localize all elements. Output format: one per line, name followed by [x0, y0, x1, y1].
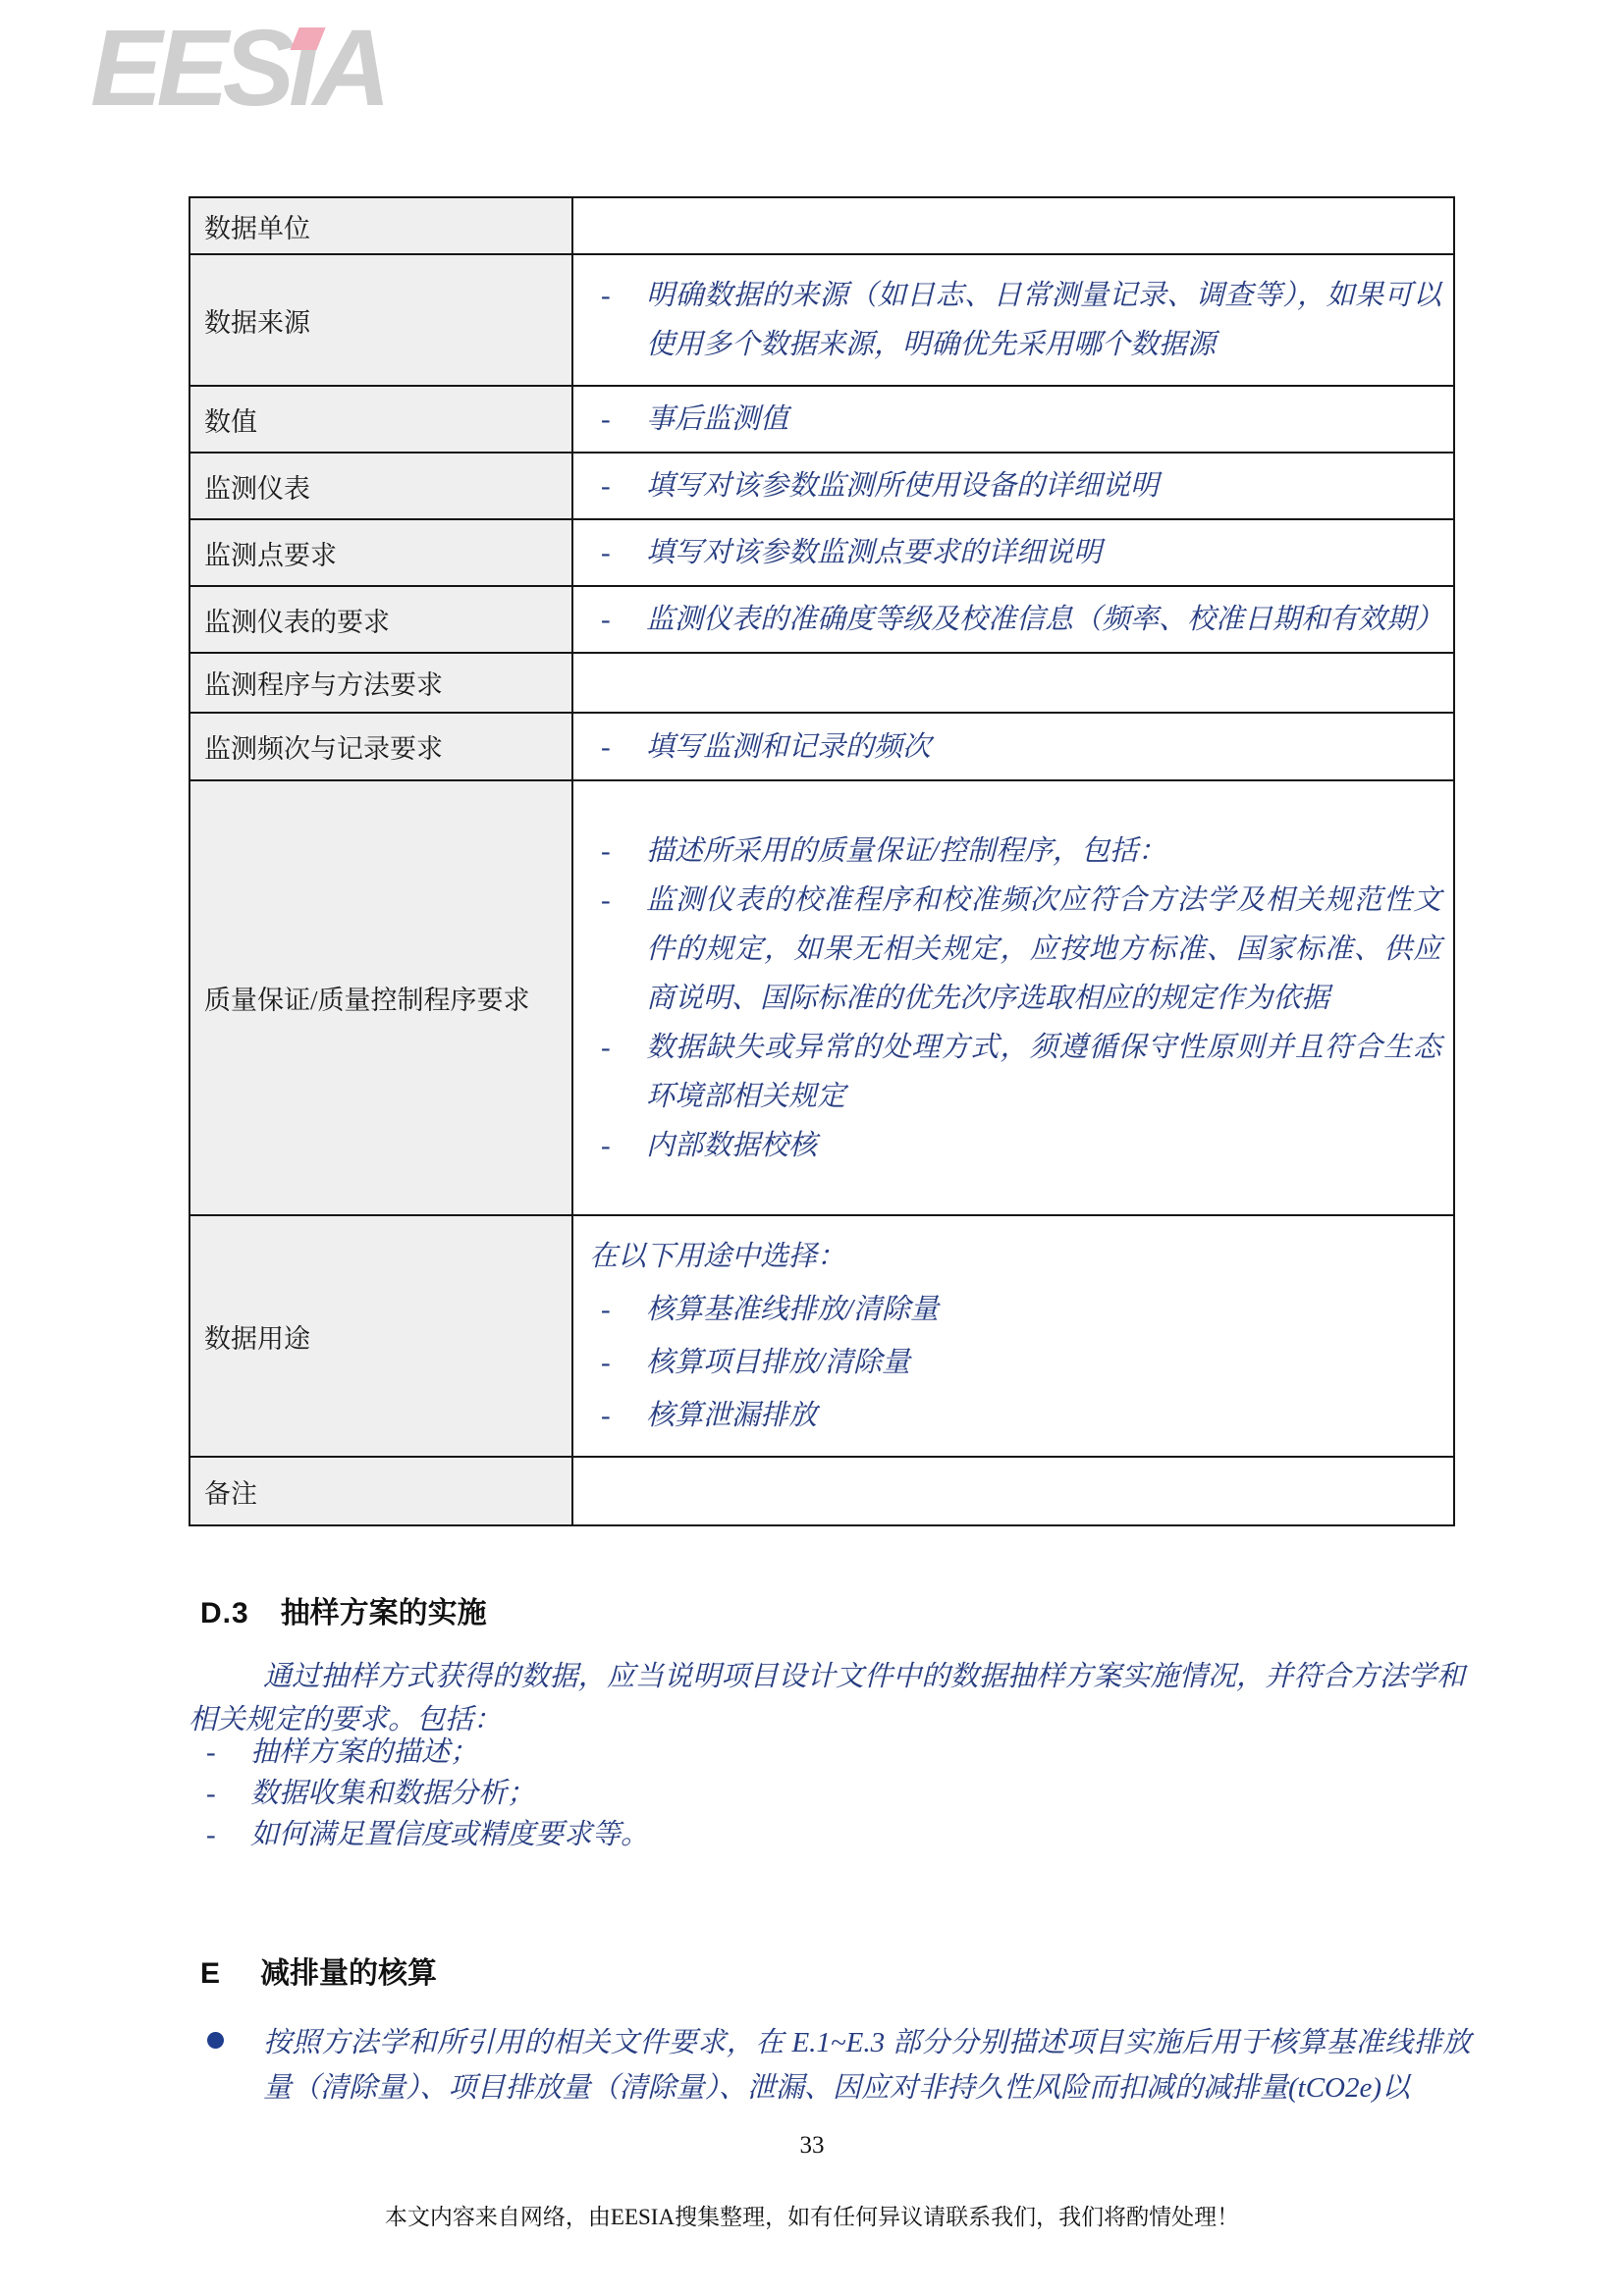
row-label: 监测程序与方法要求 — [189, 653, 572, 713]
row-label: 质量保证/质量控制程序要求 — [189, 780, 572, 1215]
dash-bullet: - — [601, 395, 646, 444]
section-e-paragraph: 按照方法学和所引用的相关文件要求，在 E.1~E.3 部分分别描述项目实施后用于… — [263, 2020, 1471, 2110]
list-item-text: 核算基准线排放/清除量 — [646, 1283, 1441, 1336]
table-row-monitoring-point: 监测点要求 - 填写对该参数监测点要求的详细说明 — [189, 519, 1454, 586]
row-label: 监测仪表的要求 — [189, 586, 572, 653]
dash-bullet: - — [601, 528, 646, 577]
row-value: - 明确数据的来源（如日志、日常测量记录、调查等），如果可以使用多个数据来源，明… — [572, 254, 1454, 386]
list-item: - 监测仪表的校准程序和校准频次应符合方法学及相关规范性文件的规定，如果无相关规… — [589, 876, 1441, 1023]
list-item-text: 抽样方案的描述； — [250, 1732, 1465, 1773]
list-item-text: 数据缺失或异常的处理方式，须遵循保守性原则并且符合生态环境部相关规定 — [646, 1023, 1441, 1121]
section-title: 减排量的核算 — [260, 1957, 437, 1990]
row-value: - 填写对该参数监测所使用设备的详细说明 — [572, 453, 1454, 519]
list-item-text: 填写监测和记录的频次 — [646, 722, 1441, 772]
list-item-text: 数据收集和数据分析； — [250, 1773, 1465, 1814]
list-item: - 监测仪表的准确度等级及校准信息（频率、校准日期和有效期） — [589, 595, 1441, 644]
dash-bullet: - — [206, 1732, 250, 1773]
list-item: - 明确数据的来源（如日志、日常测量记录、调查等），如果可以使用多个数据来源，明… — [589, 271, 1441, 369]
list-item-text: 监测仪表的准确度等级及校准信息（频率、校准日期和有效期） — [646, 595, 1441, 644]
dash-bullet: - — [601, 722, 646, 772]
row-label: 监测点要求 — [189, 519, 572, 586]
data-use-intro: 在以下用途中选择： — [589, 1230, 1441, 1283]
section-number: E — [200, 1957, 221, 1991]
list-item: - 核算基准线排放/清除量 — [589, 1283, 1441, 1336]
logo-letters-ees: EES — [90, 8, 289, 129]
table-row-frequency-record: 监测频次与记录要求 - 填写监测和记录的频次 — [189, 713, 1454, 780]
dash-bullet: - — [601, 1389, 646, 1442]
list-item: - 填写监测和记录的频次 — [589, 722, 1441, 772]
row-label: 数据用途 — [189, 1215, 572, 1457]
dash-bullet: - — [601, 876, 646, 1023]
logo-letter-a: A — [313, 8, 385, 129]
footer-disclaimer: 本文内容来自网络，由EESIA搜集整理，如有任何异议请联系我们，我们将酌情处理！ — [0, 2199, 1624, 2231]
list-item-text: 内部数据校核 — [646, 1121, 1441, 1170]
table-row-value: 数值 - 事后监测值 — [189, 386, 1454, 453]
monitoring-parameter-table: 数据单位 数据来源 - 明确数据的来源（如日志、日常测量记录、调查等），如果可以… — [189, 196, 1455, 1526]
section-d3-list: - 抽样方案的描述； - 数据收集和数据分析； - 如何满足置信度或精度要求等。 — [189, 1732, 1465, 1855]
table-row-data-source: 数据来源 - 明确数据的来源（如日志、日常测量记录、调查等），如果可以使用多个数… — [189, 254, 1454, 386]
list-item: - 填写对该参数监测点要求的详细说明 — [589, 528, 1441, 577]
dash-bullet: - — [601, 1283, 646, 1336]
list-item: - 描述所采用的质量保证/控制程序，包括： — [589, 827, 1441, 876]
row-label: 监测频次与记录要求 — [189, 713, 572, 780]
list-item-text: 事后监测值 — [646, 395, 1441, 444]
table-row-monitoring-instrument: 监测仪表 - 填写对该参数监测所使用设备的详细说明 — [189, 453, 1454, 519]
dash-bullet: - — [601, 595, 646, 644]
row-value — [572, 653, 1454, 713]
row-value: - 监测仪表的准确度等级及校准信息（频率、校准日期和有效期） — [572, 586, 1454, 653]
list-item-text: 描述所采用的质量保证/控制程序，包括： — [646, 827, 1441, 876]
list-item-text: 明确数据的来源（如日志、日常测量记录、调查等），如果可以使用多个数据来源，明确优… — [646, 271, 1441, 369]
row-label: 备注 — [189, 1457, 572, 1525]
bullet-dot-icon — [207, 2032, 224, 2049]
table-row-qa-qc: 质量保证/质量控制程序要求 - 描述所采用的质量保证/控制程序，包括： - 监测… — [189, 780, 1454, 1215]
list-item-text: 填写对该参数监测所使用设备的详细说明 — [646, 461, 1441, 510]
eesia-logo-text: EESıA — [90, 20, 424, 118]
row-label: 数据单位 — [189, 197, 572, 254]
list-item-text: 核算项目排放/清除量 — [646, 1336, 1441, 1389]
dash-bullet: - — [601, 461, 646, 510]
eesia-logo: EESıA — [90, 20, 424, 122]
section-title: 抽样方案的实施 — [281, 1597, 487, 1629]
list-item: - 内部数据校核 — [589, 1121, 1441, 1170]
dash-bullet: - — [601, 827, 646, 876]
table-row-procedure-method: 监测程序与方法要求 — [189, 653, 1454, 713]
section-heading-d3: D.3抽样方案的实施 — [200, 1588, 487, 1631]
dash-bullet: - — [601, 1023, 646, 1121]
row-label: 数据来源 — [189, 254, 572, 386]
row-value: - 填写监测和记录的频次 — [572, 713, 1454, 780]
dash-bullet: - — [206, 1814, 250, 1855]
document-page: EESıA 数据单位 数据来源 - 明确数据的来源（如日志、日常测量记录、调查等… — [0, 0, 1624, 2296]
row-value: - 填写对该参数监测点要求的详细说明 — [572, 519, 1454, 586]
list-item: - 抽样方案的描述； — [189, 1732, 1465, 1773]
dash-bullet: - — [206, 1773, 250, 1814]
row-label: 监测仪表 — [189, 453, 572, 519]
row-value: 在以下用途中选择： - 核算基准线排放/清除量 - 核算项目排放/清除量 - 核… — [572, 1215, 1454, 1457]
table-row-data-use: 数据用途 在以下用途中选择： - 核算基准线排放/清除量 - 核算项目排放/清除… — [189, 1215, 1454, 1457]
list-item: - 核算项目排放/清除量 — [589, 1336, 1441, 1389]
row-value: - 描述所采用的质量保证/控制程序，包括： - 监测仪表的校准程序和校准频次应符… — [572, 780, 1454, 1215]
list-item-text: 核算泄漏排放 — [646, 1389, 1441, 1442]
table-row-remark: 备注 — [189, 1457, 1454, 1525]
list-item-text: 填写对该参数监测点要求的详细说明 — [646, 528, 1441, 577]
page-number: 33 — [0, 2132, 1624, 2160]
row-value — [572, 197, 1454, 254]
dash-bullet: - — [601, 271, 646, 369]
dash-bullet: - — [601, 1336, 646, 1389]
list-item: - 数据收集和数据分析； — [189, 1773, 1465, 1814]
section-number: D.3 — [200, 1597, 249, 1630]
table-row-data-unit: 数据单位 — [189, 197, 1454, 254]
row-label: 数值 — [189, 386, 572, 453]
list-item: - 填写对该参数监测所使用设备的详细说明 — [589, 461, 1441, 510]
row-value: - 事后监测值 — [572, 386, 1454, 453]
list-item: - 核算泄漏排放 — [589, 1389, 1441, 1442]
section-d3-paragraph: 通过抽样方式获得的数据，应当说明项目设计文件中的数据抽样方案实施情况，并符合方法… — [189, 1655, 1465, 1741]
list-item: - 如何满足置信度或精度要求等。 — [189, 1814, 1465, 1855]
table-row-instrument-requirement: 监测仪表的要求 - 监测仪表的准确度等级及校准信息（频率、校准日期和有效期） — [189, 586, 1454, 653]
section-heading-e: E减排量的核算 — [200, 1949, 437, 1992]
list-item-text: 监测仪表的校准程序和校准频次应符合方法学及相关规范性文件的规定，如果无相关规定，… — [646, 876, 1441, 1023]
list-item: - 事后监测值 — [589, 395, 1441, 444]
logo-letter-i: ı — [289, 8, 313, 129]
row-value — [572, 1457, 1454, 1525]
dash-bullet: - — [601, 1121, 646, 1170]
list-item: - 数据缺失或异常的处理方式，须遵循保守性原则并且符合生态环境部相关规定 — [589, 1023, 1441, 1121]
list-item-text: 如何满足置信度或精度要求等。 — [250, 1814, 1465, 1855]
